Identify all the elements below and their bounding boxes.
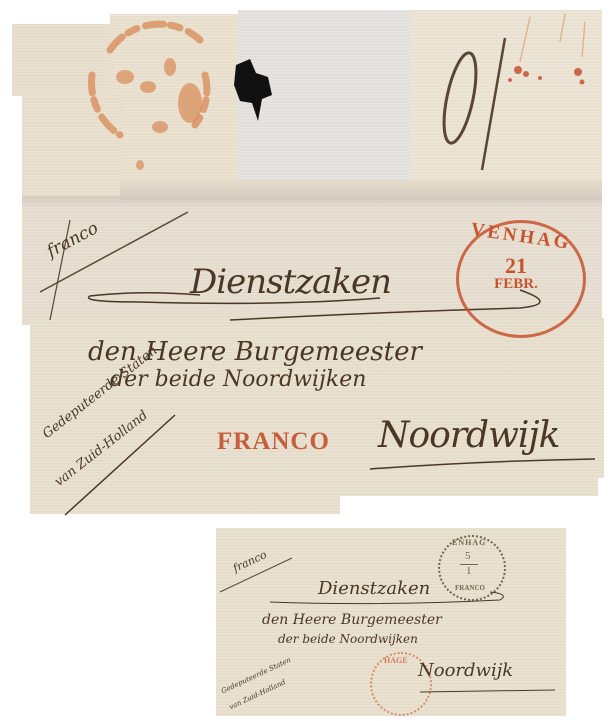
inset-address-line-3: der beide Noordwijken — [278, 632, 418, 646]
inset-address-flourish — [260, 592, 510, 612]
inset-black-postmark-bottom: FRANCO — [455, 584, 485, 592]
cds-postmark-month: FEBR. — [486, 276, 546, 293]
faded-backstamp — [80, 15, 230, 175]
inset-address-underline — [420, 686, 560, 696]
inset-franco-underline — [218, 540, 298, 600]
address-line-1: Dienstzaken — [190, 262, 391, 302]
address-line-4: Noordwijk — [378, 415, 559, 456]
inset-black-postmark-month: 1 — [466, 565, 472, 577]
inset-black-postmark-top: ENHAG — [452, 538, 486, 547]
inset-address-line-2: den Heere Burgemeester — [262, 612, 442, 628]
inset-address-line-4: Noordwijk — [418, 660, 513, 681]
red-ink-splatter — [490, 12, 600, 102]
inset-black-postmark-day: 5 — [465, 550, 471, 562]
address-underline — [370, 455, 600, 475]
inset-red-postmark-text: HAGE — [384, 656, 408, 665]
seal-tear — [228, 55, 278, 125]
franco-handstamp: FRANCO — [217, 428, 330, 456]
address-line-3: der beide Noordwijken — [110, 367, 366, 392]
paper-fragment — [338, 476, 598, 496]
sender-note-underline — [60, 410, 180, 520]
